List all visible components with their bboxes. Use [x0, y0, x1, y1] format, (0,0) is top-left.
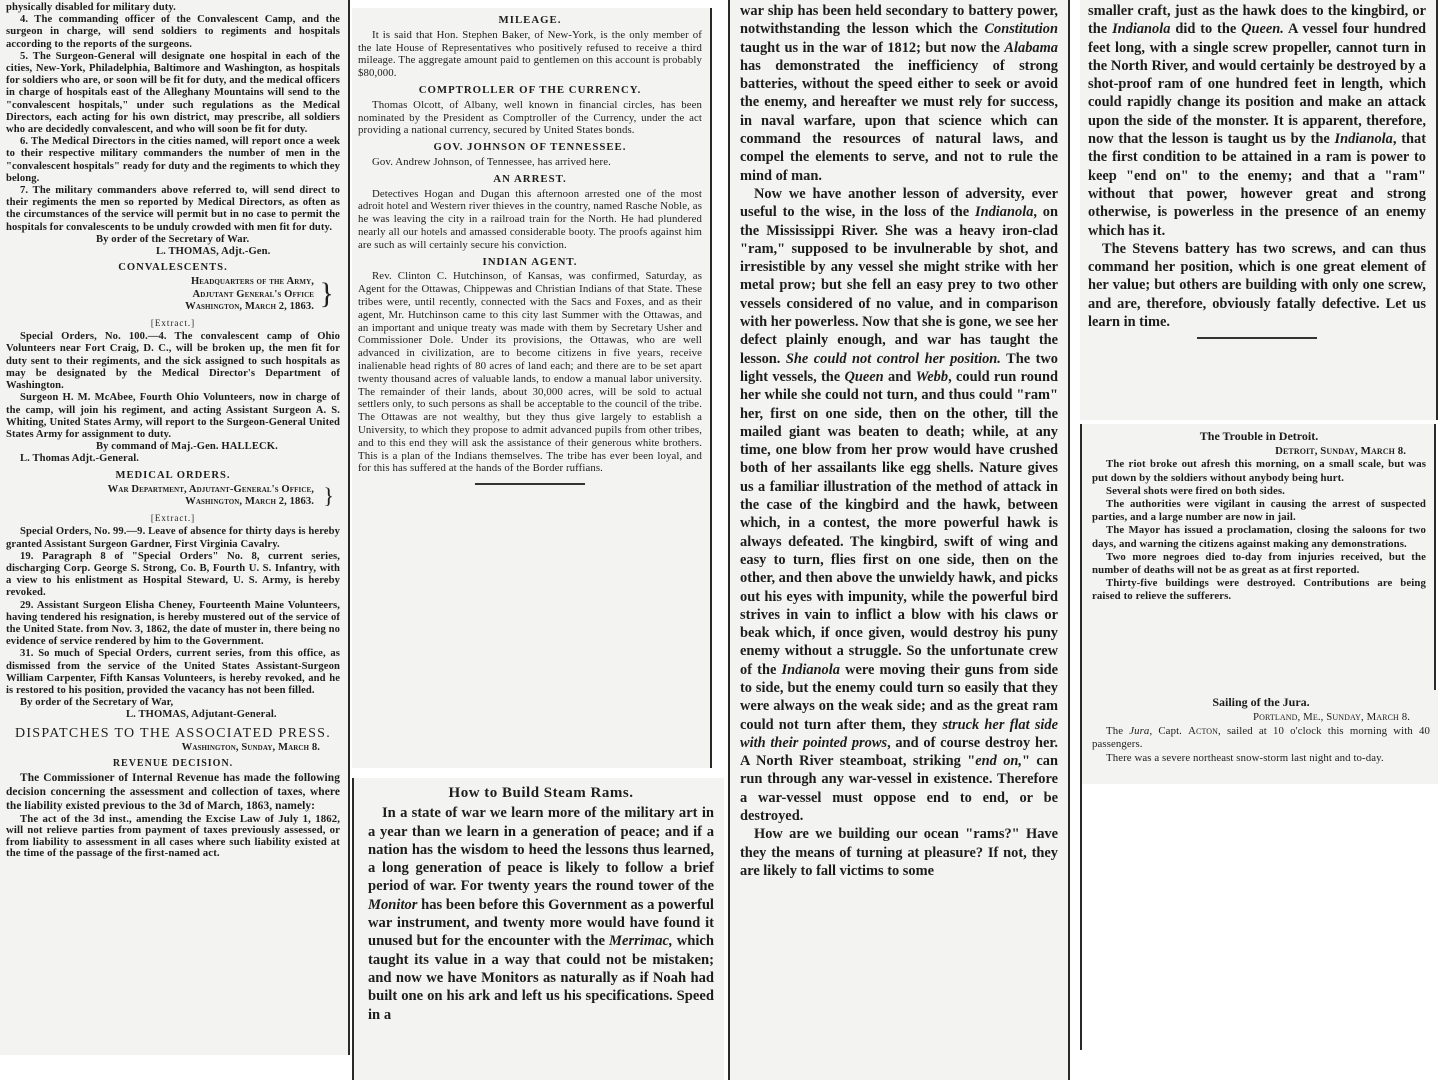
header-line: Adjutant General's Office — [6, 289, 314, 301]
paragraph: Detectives Hogan and Dugan this afternoo… — [358, 188, 702, 252]
brace-icon: } — [323, 484, 334, 508]
section-heading-comptroller: COMPTROLLER OF THE CURRENCY. — [358, 84, 702, 97]
article-title-steam-rams: How to Build Steam Rams. — [368, 784, 714, 802]
paragraph: The Stevens battery has two screws, and … — [1088, 240, 1426, 331]
column-4-clipping: smaller craft, just as the hawk does to … — [1080, 0, 1438, 420]
paragraph: Thirty-five buildings were destroyed. Co… — [1092, 577, 1426, 603]
paragraph: The Commissioner of Internal Revenue has… — [6, 772, 340, 813]
section-heading-johnson: GOV. JOHNSON OF TENNESSEE. — [358, 141, 702, 154]
extract-label: [Extract.] — [6, 317, 340, 329]
section-heading-revenue: REVENUE DECISION. — [6, 758, 340, 770]
paragraph: war ship has been held secondary to batt… — [740, 2, 1058, 185]
paragraph: The act of the 3d inst., amending the Ex… — [6, 814, 340, 860]
paragraph: Special Orders, No. 99.—9. Leave of abse… — [6, 526, 340, 550]
paragraph: The riot broke out afresh this morning, … — [1092, 458, 1426, 484]
paragraph: Gov. Andrew Johnson, of Tennessee, has a… — [358, 156, 702, 169]
paragraph: Several shots were fired on both sides. — [1092, 485, 1426, 498]
paragraph: 19. Paragraph 8 of "Special Orders" No. … — [6, 551, 340, 600]
article-title-detroit: The Trouble in Detroit. — [1092, 430, 1426, 443]
article-title-jura: Sailing of the Jura. — [1092, 696, 1430, 709]
column-2-clipping: MILEAGE. It is said that Hon. Stephen Ba… — [352, 8, 712, 768]
paragraph: The Mayor has issued a proclamation, clo… — [1092, 524, 1426, 550]
paragraph: 29. Assistant Surgeon Elisha Cheney, Fou… — [6, 600, 340, 649]
paragraph: The Jura, Capt. Acton, sailed at 10 o'cl… — [1092, 725, 1430, 752]
paragraph: In a state of war we learn more of the m… — [368, 804, 714, 1024]
signature-line: By order of the Secretary of War. — [6, 234, 340, 246]
section-heading-convalescents: CONVALESCENTS. — [6, 262, 340, 274]
dateline: Detroit, Sunday, March 8. — [1092, 445, 1426, 458]
paragraph: There was a severe northeast snow-storm … — [1092, 752, 1430, 765]
detroit-clipping: The Trouble in Detroit. Detroit, Sunday,… — [1080, 424, 1436, 694]
column-3-clipping: war ship has been held secondary to batt… — [728, 0, 1070, 1080]
signature-line: By command of Maj.-Gen. HALLECK. — [6, 441, 340, 453]
paragraph: Two more negroes died to-day from injuri… — [1092, 551, 1426, 577]
blank-area — [1082, 784, 1438, 1050]
column-1-clipping: physically disabled for military duty. 4… — [0, 0, 350, 1055]
signature-name: L. THOMAS, Adjutant-General. — [6, 709, 340, 721]
paragraph: The authorities were vigilant in causing… — [1092, 498, 1426, 524]
paragraph: physically disabled for military duty. — [6, 2, 340, 14]
header-line: War Department, Adjutant-General's Offic… — [6, 484, 314, 496]
dateline: Portland, Me., Sunday, March 8. — [1092, 711, 1430, 724]
paragraph: 6. The Medical Directors in the cities n… — [6, 136, 340, 185]
extract-label: [Extract.] — [6, 512, 340, 524]
paragraph: Thomas Olcott, of Albany, well known in … — [358, 99, 702, 137]
section-heading-arrest: AN ARREST. — [358, 173, 702, 186]
paragraph: 4. The commanding officer of the Convale… — [6, 14, 340, 51]
header-line: Washington, March 2, 1863. — [6, 496, 314, 508]
paragraph: How are we building our ocean "rams?" Ha… — [740, 825, 1058, 880]
signature-name: L. Thomas Adjt.-General. — [6, 453, 340, 465]
section-heading-indian-agent: INDIAN AGENT. — [358, 256, 702, 269]
paragraph: 5. The Surgeon-General will designate on… — [6, 51, 340, 136]
section-heading-dispatches: DISPATCHES TO THE ASSOCIATED PRESS. — [6, 728, 340, 740]
header-line: Headquarters of the Army, — [6, 276, 314, 288]
brace-icon: } — [320, 276, 335, 312]
dateline: Washington, Sunday, March 8. — [6, 742, 340, 754]
column-2-rams-clipping: How to Build Steam Rams. In a state of w… — [352, 778, 724, 1080]
jura-clipping: Sailing of the Jura. Portland, Me., Sund… — [1080, 690, 1438, 1050]
paragraph: 7. The military commanders above referre… — [6, 185, 340, 234]
header-line: Washington, March 2, 1863. — [6, 301, 314, 313]
section-heading-mileage: MILEAGE. — [358, 14, 702, 27]
signature-line: By order of the Secretary of War, — [6, 697, 340, 709]
order-header: War Department, Adjutant-General's Offic… — [6, 484, 340, 508]
section-heading-medical-orders: MEDICAL ORDERS. — [6, 470, 340, 482]
paragraph: Surgeon H. M. McAbee, Fourth Ohio Volunt… — [6, 392, 340, 441]
paragraph: smaller craft, just as the hawk does to … — [1088, 2, 1426, 240]
paragraph: It is said that Hon. Stephen Baker, of N… — [358, 29, 702, 80]
order-header: Headquarters of the Army, Adjutant Gener… — [6, 276, 340, 313]
section-divider — [475, 483, 585, 485]
signature-name: L. THOMAS, Adjt.-Gen. — [6, 246, 340, 258]
paragraph: Now we have another lesson of adversity,… — [740, 185, 1058, 825]
paragraph: Special Orders, No. 100.—4. The convales… — [6, 331, 340, 392]
paragraph: 31. So much of Special Orders, current s… — [6, 648, 340, 697]
section-divider — [1197, 337, 1317, 339]
paragraph: Rev. Clinton C. Hutchinson, of Kansas, w… — [358, 270, 702, 475]
